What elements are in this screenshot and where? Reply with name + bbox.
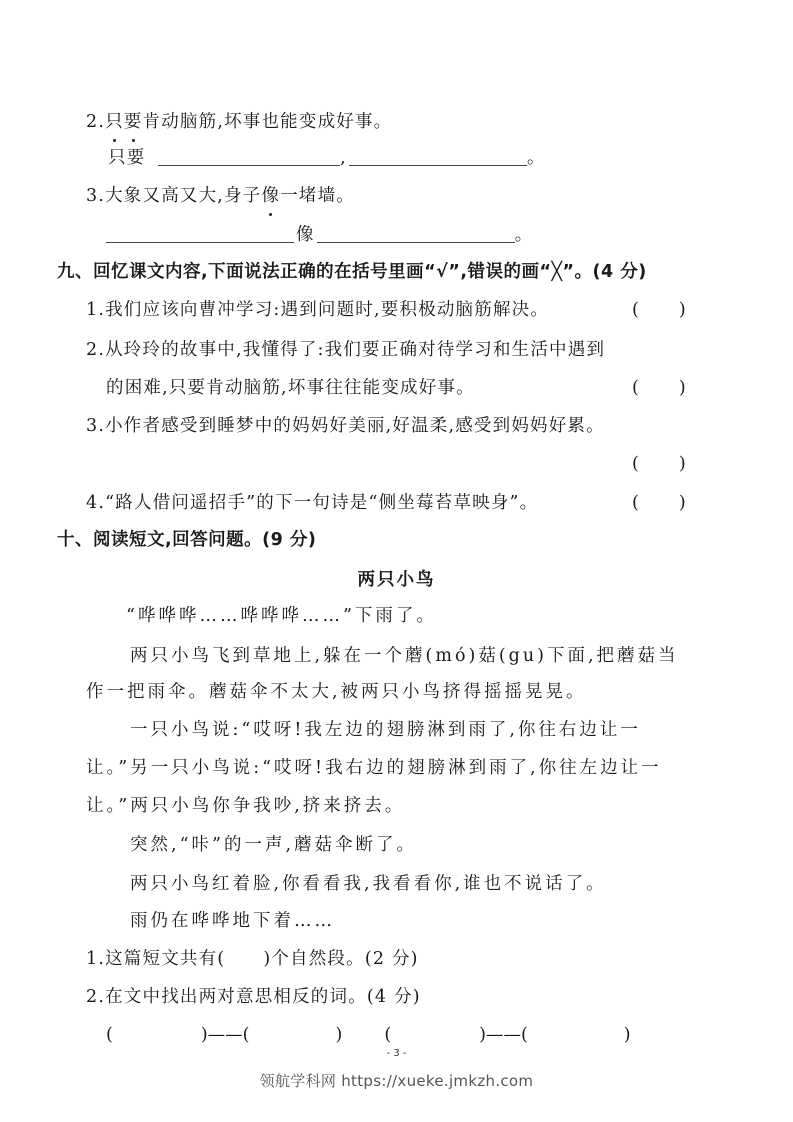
template-word: 像	[296, 225, 315, 245]
paren-open: (	[384, 1025, 391, 1045]
answer-paren[interactable]: ()	[632, 452, 686, 476]
item-3-template: 像。	[106, 223, 533, 247]
passage-line: 两只小鸟飞到草地上,躲在一个蘑(mó)菇(gu)下面,把蘑菇当	[130, 644, 679, 668]
answer-blank[interactable]	[158, 147, 340, 166]
passage-line: 一只小鸟说:“哎呀!我左边的翅膀淋到雨了,你往右边让一	[130, 718, 641, 742]
item-2-sentence: 2.只要肯动脑筋,坏事也能变成好事。	[86, 110, 392, 134]
answer-blank[interactable]	[106, 224, 294, 243]
question-2: 2.在文中找出两对意思相反的词。(4 分)	[86, 985, 421, 1009]
question-text: )个自然段。(2 分)	[263, 949, 418, 969]
paren-open: (	[632, 493, 639, 513]
passage-line: 让。”两只小鸟你争我吵,挤来挤去。	[86, 794, 405, 818]
paren-close: )	[679, 493, 686, 513]
template-word: 只要	[108, 148, 145, 168]
pair-connector: )——(	[479, 1025, 528, 1045]
section-9-item-3: 3.小作者感受到睡梦中的妈妈好美丽,好温柔,感受到妈妈好累。	[86, 414, 605, 438]
question-1: 1.这篇短文共有()个自然段。(2 分)	[86, 947, 419, 971]
section-9-item-4: 4.“路人借问遥招手”的下一句诗是“侧坐莓苔草映身”。	[86, 491, 538, 515]
paren-close: )	[335, 1025, 342, 1045]
period: 。	[515, 225, 534, 245]
emphasis-char: 只	[105, 110, 124, 134]
paren-open: (	[632, 300, 639, 320]
sentence-text: 大象又高又大,身子	[105, 186, 261, 206]
emphasis-char: 要	[124, 110, 143, 134]
section-9-heading: 九、回忆课文内容,下面说法正确的在括号里画“√”,错误的画“╳”。(4 分)	[57, 260, 647, 284]
period: 。	[527, 148, 546, 168]
paren-close: )	[679, 300, 686, 320]
item-3-sentence: 3.大象又高又大,身子像一堵墙。	[86, 184, 355, 208]
paren-close: )	[679, 378, 686, 398]
section-9-item-1: 1.我们应该向曹冲学习:遇到问题时,要积极动脑筋解决。	[86, 298, 549, 322]
comma: ,	[340, 148, 347, 168]
passage-line: 作一把雨伞。蘑菇伞不太大,被两只小鸟挤得摇摇晃晃。	[86, 680, 587, 704]
section-9-item-2-line-2: 的困难,只要肯动脑筋,坏事往往能变成好事。	[106, 376, 475, 400]
paren-open: (	[632, 378, 639, 398]
question-text: 1.这篇短文共有(	[86, 949, 225, 969]
answer-paren[interactable]: ()	[632, 298, 686, 322]
paren-close: )	[679, 454, 686, 474]
pair-connector: )——(	[201, 1025, 250, 1045]
answer-paren[interactable]: ()	[632, 376, 686, 400]
item-2-template: 只要 ,。	[108, 146, 546, 170]
passage-line: “哗哗哗……哗哗哗……”下雨了。	[126, 604, 437, 628]
antonym-pairs: ()——()()——()	[106, 1023, 631, 1047]
answer-blank[interactable]	[349, 147, 527, 166]
answer-paren[interactable]: ()	[632, 491, 686, 515]
passage-line: 雨仍在哗哗地下着……	[130, 909, 335, 933]
paren-close: )	[624, 1025, 631, 1045]
sentence-text: 肯动脑筋,坏事也能变成好事。	[143, 112, 393, 132]
section-9-item-2-line-1: 2.从玲玲的故事中,我懂得了:我们要正确对待学习和生活中遇到	[86, 338, 605, 362]
passage-line: 突然,“咔”的一声,蘑菇伞断了。	[130, 833, 417, 857]
section-10-heading: 十、阅读短文,回答问题。(9 分)	[57, 528, 316, 552]
sentence-text: 一堵墙。	[280, 186, 355, 206]
item-number: 2.	[86, 112, 105, 132]
watermark: 领航学科网 https://xueke.jmkzh.com	[0, 1070, 793, 1091]
item-number: 3.	[86, 186, 105, 206]
emphasis-char: 像	[261, 184, 280, 208]
passage-line: 两只小鸟红着脸,你看看我,我看看你,谁也不说话了。	[130, 872, 607, 896]
passage-line: 让。”另一只小鸟说:“哎呀!我右边的翅膀淋到雨了,你往左边让一	[86, 756, 662, 780]
page-number: - 3 -	[0, 1048, 793, 1059]
passage-title: 两只小鸟	[0, 566, 793, 591]
paren-open: (	[632, 454, 639, 474]
paren-open: (	[106, 1025, 113, 1045]
answer-blank[interactable]	[317, 224, 515, 243]
